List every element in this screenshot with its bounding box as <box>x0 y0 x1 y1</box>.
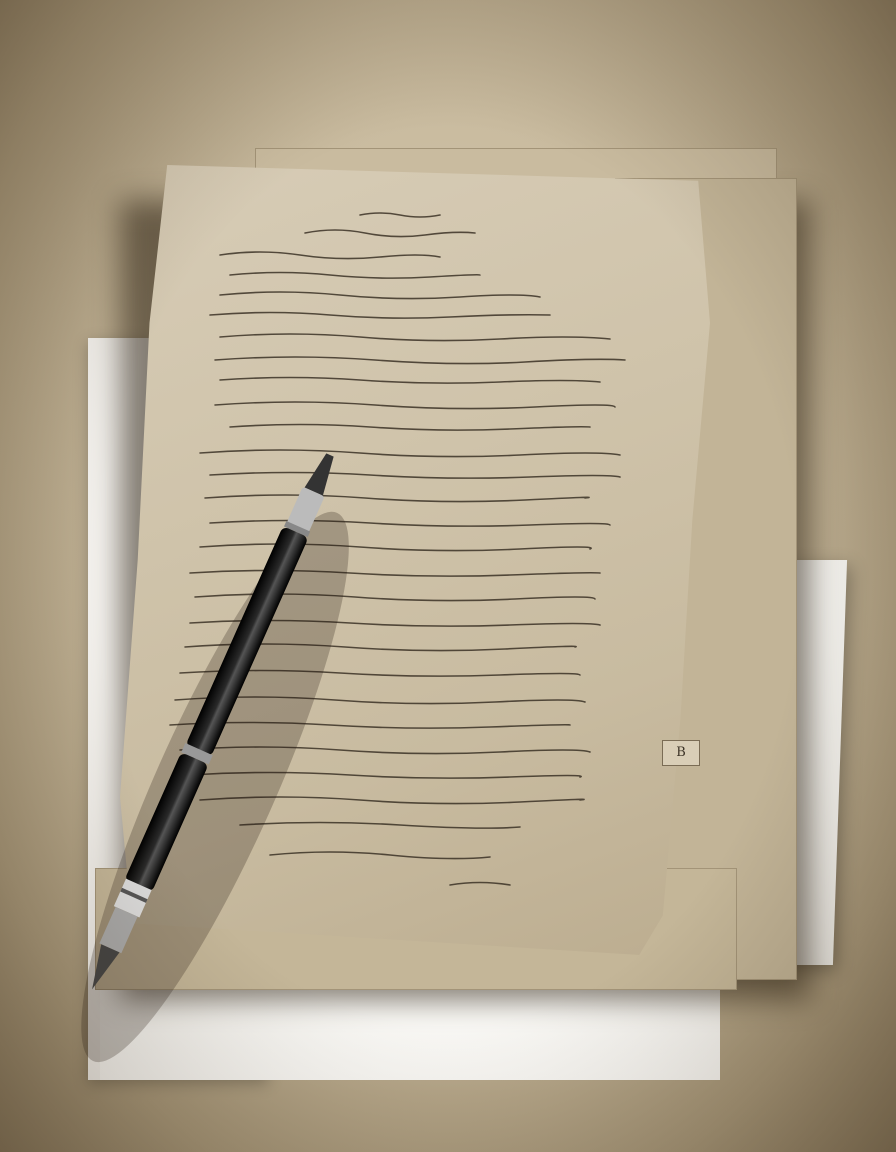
index-tab-label: B <box>662 740 700 766</box>
scene: B <box>0 0 896 1152</box>
handwritten-page <box>120 165 710 955</box>
handwriting-scribbles <box>120 165 710 955</box>
